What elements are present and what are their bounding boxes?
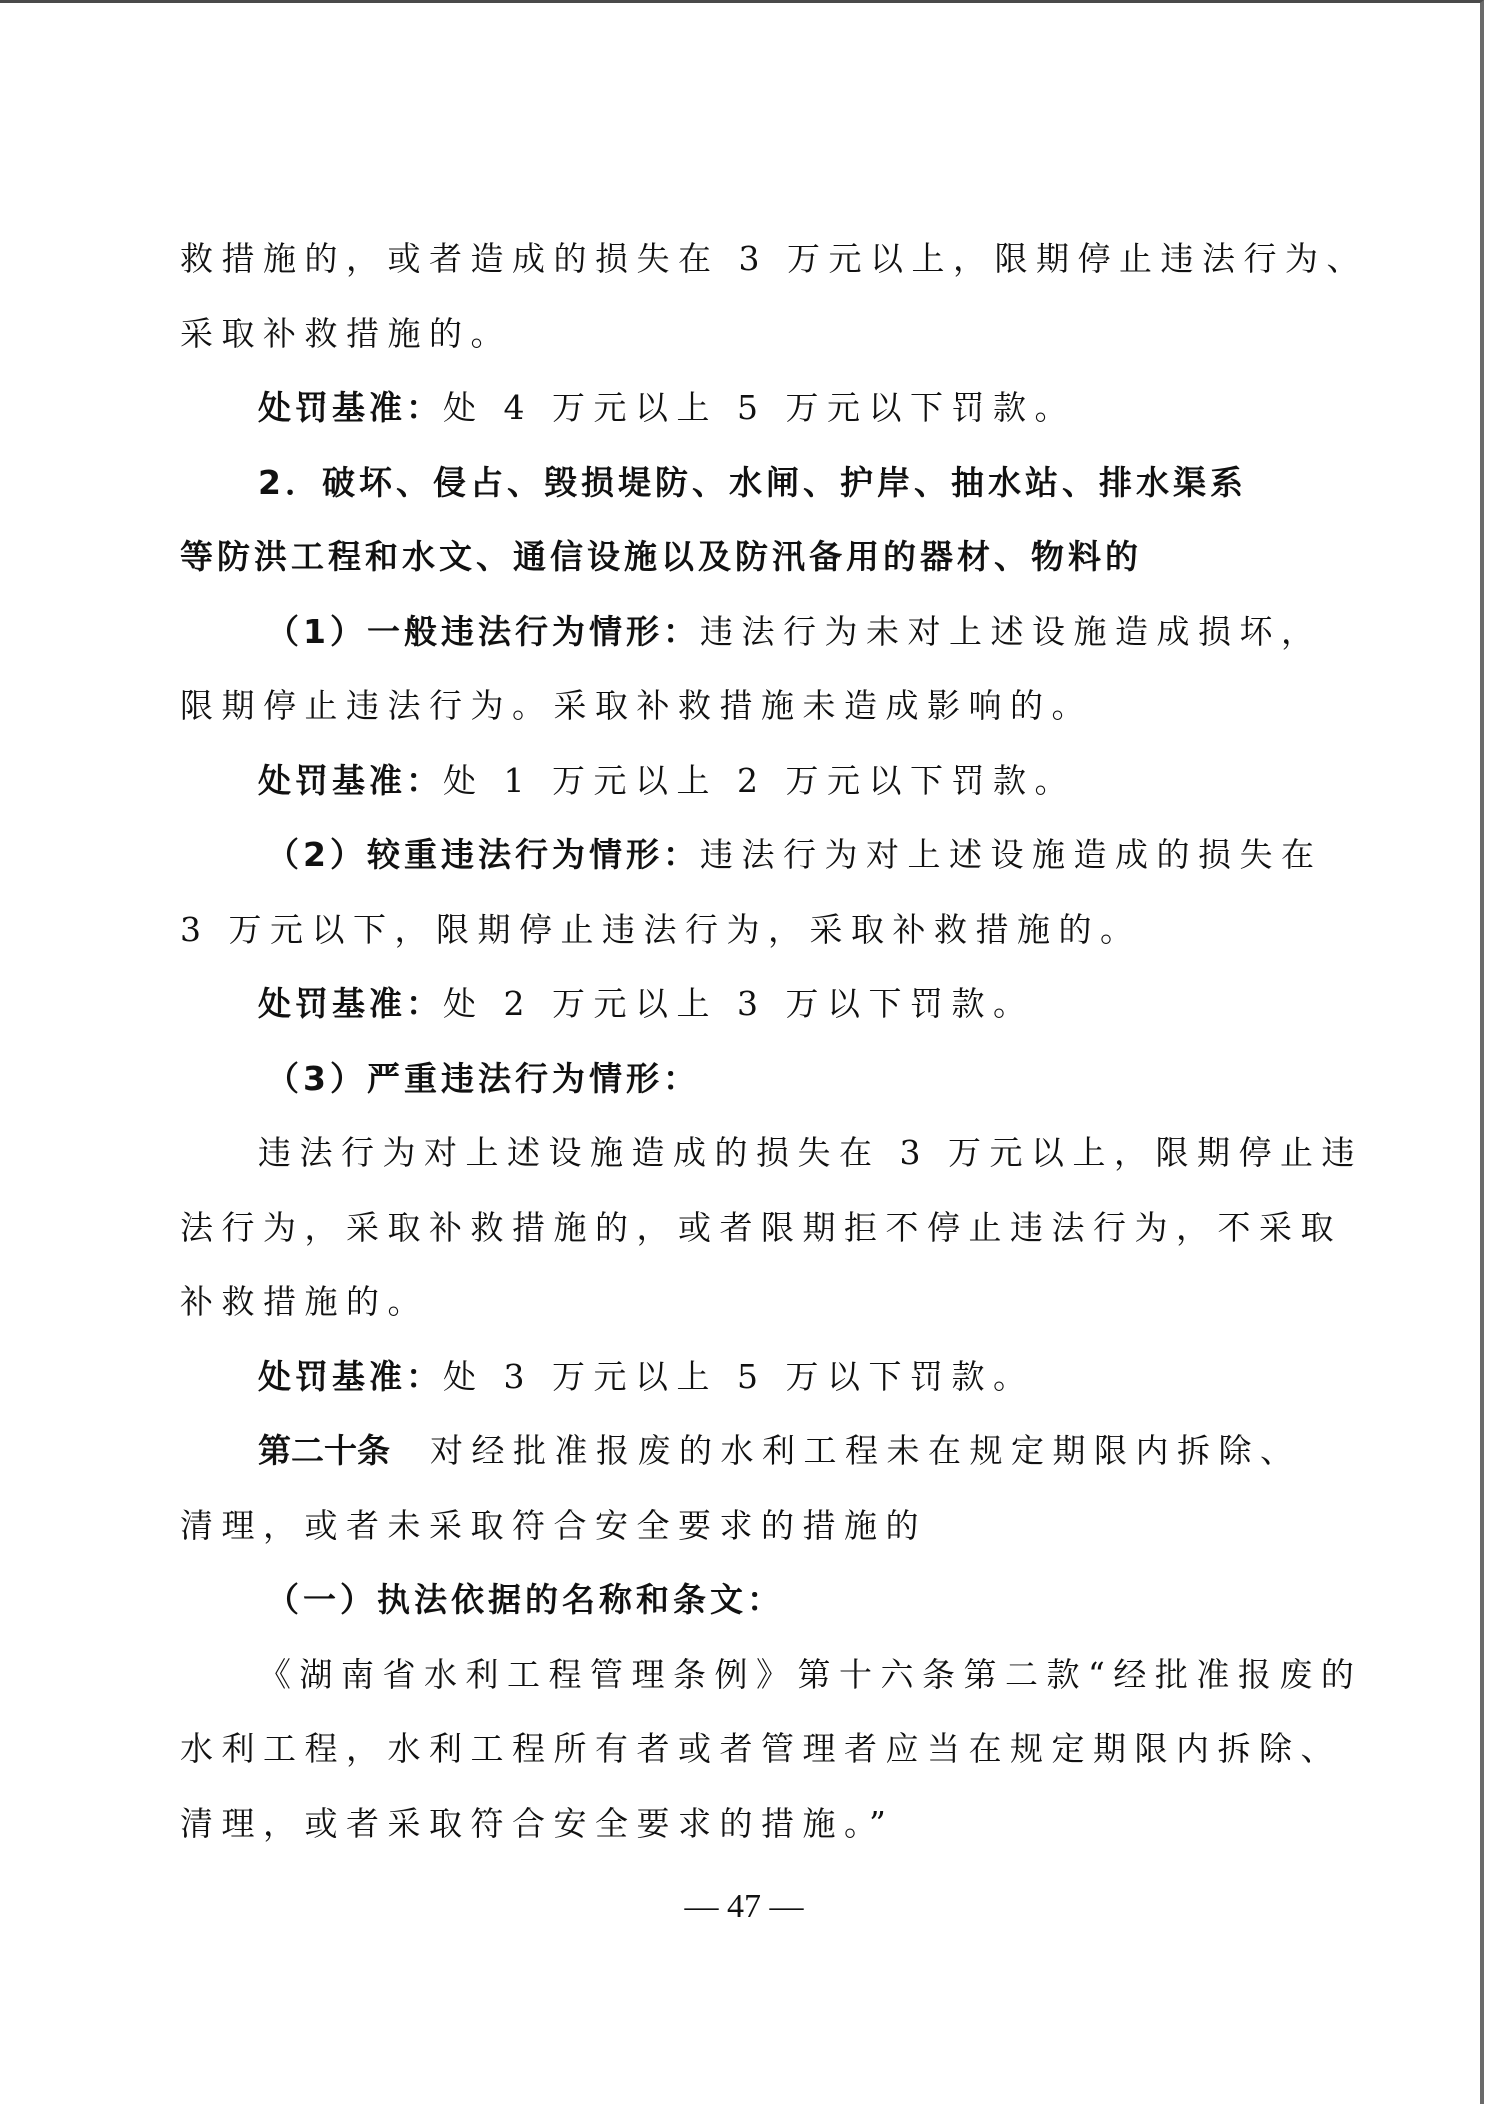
document-body: 救措施的，或者造成的损失在 3 万元以上，限期停止违法行为、 采取补救措施的。 … [180, 222, 1308, 1861]
case-text: 违法行为对上述设施造成的损失在 [700, 835, 1323, 874]
case-serious-line: （2）较重违法行为情形：违法行为对上述设施造成的损失在 [180, 818, 1308, 893]
penalty-label: 处罚基准： [258, 388, 443, 427]
paragraph-line: 补救措施的。 [180, 1265, 1308, 1340]
page-number: — 47 — [0, 1888, 1488, 1926]
body-text: 3 万元以下，限期停止违法行为，采取补救措施的。 [180, 910, 1142, 949]
penalty-standard-line: 处罚基准：处 2 万元以上 3 万以下罚款。 [180, 967, 1308, 1042]
case-general-line: （1）一般违法行为情形：违法行为未对上述设施造成损坏， [180, 595, 1308, 670]
case-label: （3）严重违法行为情形： [266, 1059, 700, 1098]
body-text: 法行为，采取补救措施的，或者限期拒不停止违法行为，不采取 [180, 1208, 1342, 1247]
article-heading-line: 第二十条对经批准报废的水利工程未在规定期限内拆除、 [180, 1414, 1308, 1489]
penalty-standard-line: 处罚基准：处 4 万元以上 5 万元以下罚款。 [180, 371, 1308, 446]
section-heading: （一）执法依据的名称和条文： [180, 1563, 1308, 1638]
case-label: （2）较重违法行为情形： [266, 835, 700, 874]
case-text: 违法行为未对上述设施造成损坏， [700, 612, 1323, 651]
penalty-text: 处 4 万元以上 5 万元以下罚款。 [443, 388, 1076, 427]
item-heading: 2．破坏、侵占、毁损堤防、水闸、护岸、抽水站、排水渠系 [180, 446, 1308, 521]
body-text: 违法行为对上述设施造成的损失在 3 万元以上，限期停止违 [258, 1133, 1363, 1172]
penalty-standard-line: 处罚基准：处 3 万元以上 5 万以下罚款。 [180, 1340, 1308, 1415]
penalty-text: 处 1 万元以上 2 万元以下罚款。 [443, 761, 1076, 800]
body-text: 补救措施的。 [180, 1282, 429, 1321]
paragraph-line: 3 万元以下，限期停止违法行为，采取补救措施的。 [180, 893, 1308, 968]
body-text: 水利工程，水利工程所有者或者管理者应当在规定期限内拆除、 [180, 1729, 1342, 1768]
paragraph-line: 救措施的，或者造成的损失在 3 万元以上，限期停止违法行为、 [180, 222, 1308, 297]
paragraph-line: 违法行为对上述设施造成的损失在 3 万元以上，限期停止违 [180, 1116, 1308, 1191]
body-text: 《湖南省水利工程管理条例》第十六条第二款“经批准报废的 [258, 1655, 1362, 1694]
section-label: （一）执法依据的名称和条文： [266, 1580, 784, 1619]
penalty-label: 处罚基准： [258, 984, 443, 1023]
article-text: 对经批准报废的水利工程未在规定期限内拆除、 [430, 1431, 1302, 1470]
paragraph-line: 限期停止违法行为。采取补救措施未造成影响的。 [180, 669, 1308, 744]
body-text: 救措施的，或者造成的损失在 3 万元以上，限期停止违法行为、 [180, 239, 1368, 278]
case-severe-line: （3）严重违法行为情形： [180, 1042, 1308, 1117]
penalty-text: 处 3 万元以上 5 万以下罚款。 [443, 1357, 1034, 1396]
paragraph-line: 法行为，采取补救措施的，或者限期拒不停止违法行为，不采取 [180, 1191, 1308, 1266]
body-text: 清理，或者采取符合安全要求的措施。” [180, 1804, 894, 1843]
penalty-standard-line: 处罚基准：处 1 万元以上 2 万元以下罚款。 [180, 744, 1308, 819]
penalty-label: 处罚基准： [258, 761, 443, 800]
body-text: 采取补救措施的。 [180, 314, 512, 353]
item-heading-continued: 等防洪工程和水文、通信设施以及防汛备用的器材、物料的 [180, 520, 1308, 595]
paragraph-line: 水利工程，水利工程所有者或者管理者应当在规定期限内拆除、 [180, 1712, 1308, 1787]
paragraph-line: 清理，或者采取符合安全要求的措施。” [180, 1787, 1308, 1862]
paragraph-line: 《湖南省水利工程管理条例》第十六条第二款“经批准报废的 [180, 1638, 1308, 1713]
heading-text: 等防洪工程和水文、通信设施以及防汛备用的器材、物料的 [180, 537, 1142, 576]
case-label: （1）一般违法行为情形： [266, 612, 700, 651]
penalty-text: 处 2 万元以上 3 万以下罚款。 [443, 984, 1034, 1023]
paragraph-line: 清理，或者未采取符合安全要求的措施的 [180, 1489, 1308, 1564]
body-text: 限期停止违法行为。采取补救措施未造成影响的。 [180, 686, 1093, 725]
penalty-label: 处罚基准： [258, 1357, 443, 1396]
paragraph-line: 采取补救措施的。 [180, 297, 1308, 372]
body-text: 清理，或者未采取符合安全要求的措施的 [180, 1506, 927, 1545]
article-number: 第二十条 [258, 1431, 390, 1470]
heading-text: 2．破坏、侵占、毁损堤防、水闸、护岸、抽水站、排水渠系 [258, 463, 1247, 502]
